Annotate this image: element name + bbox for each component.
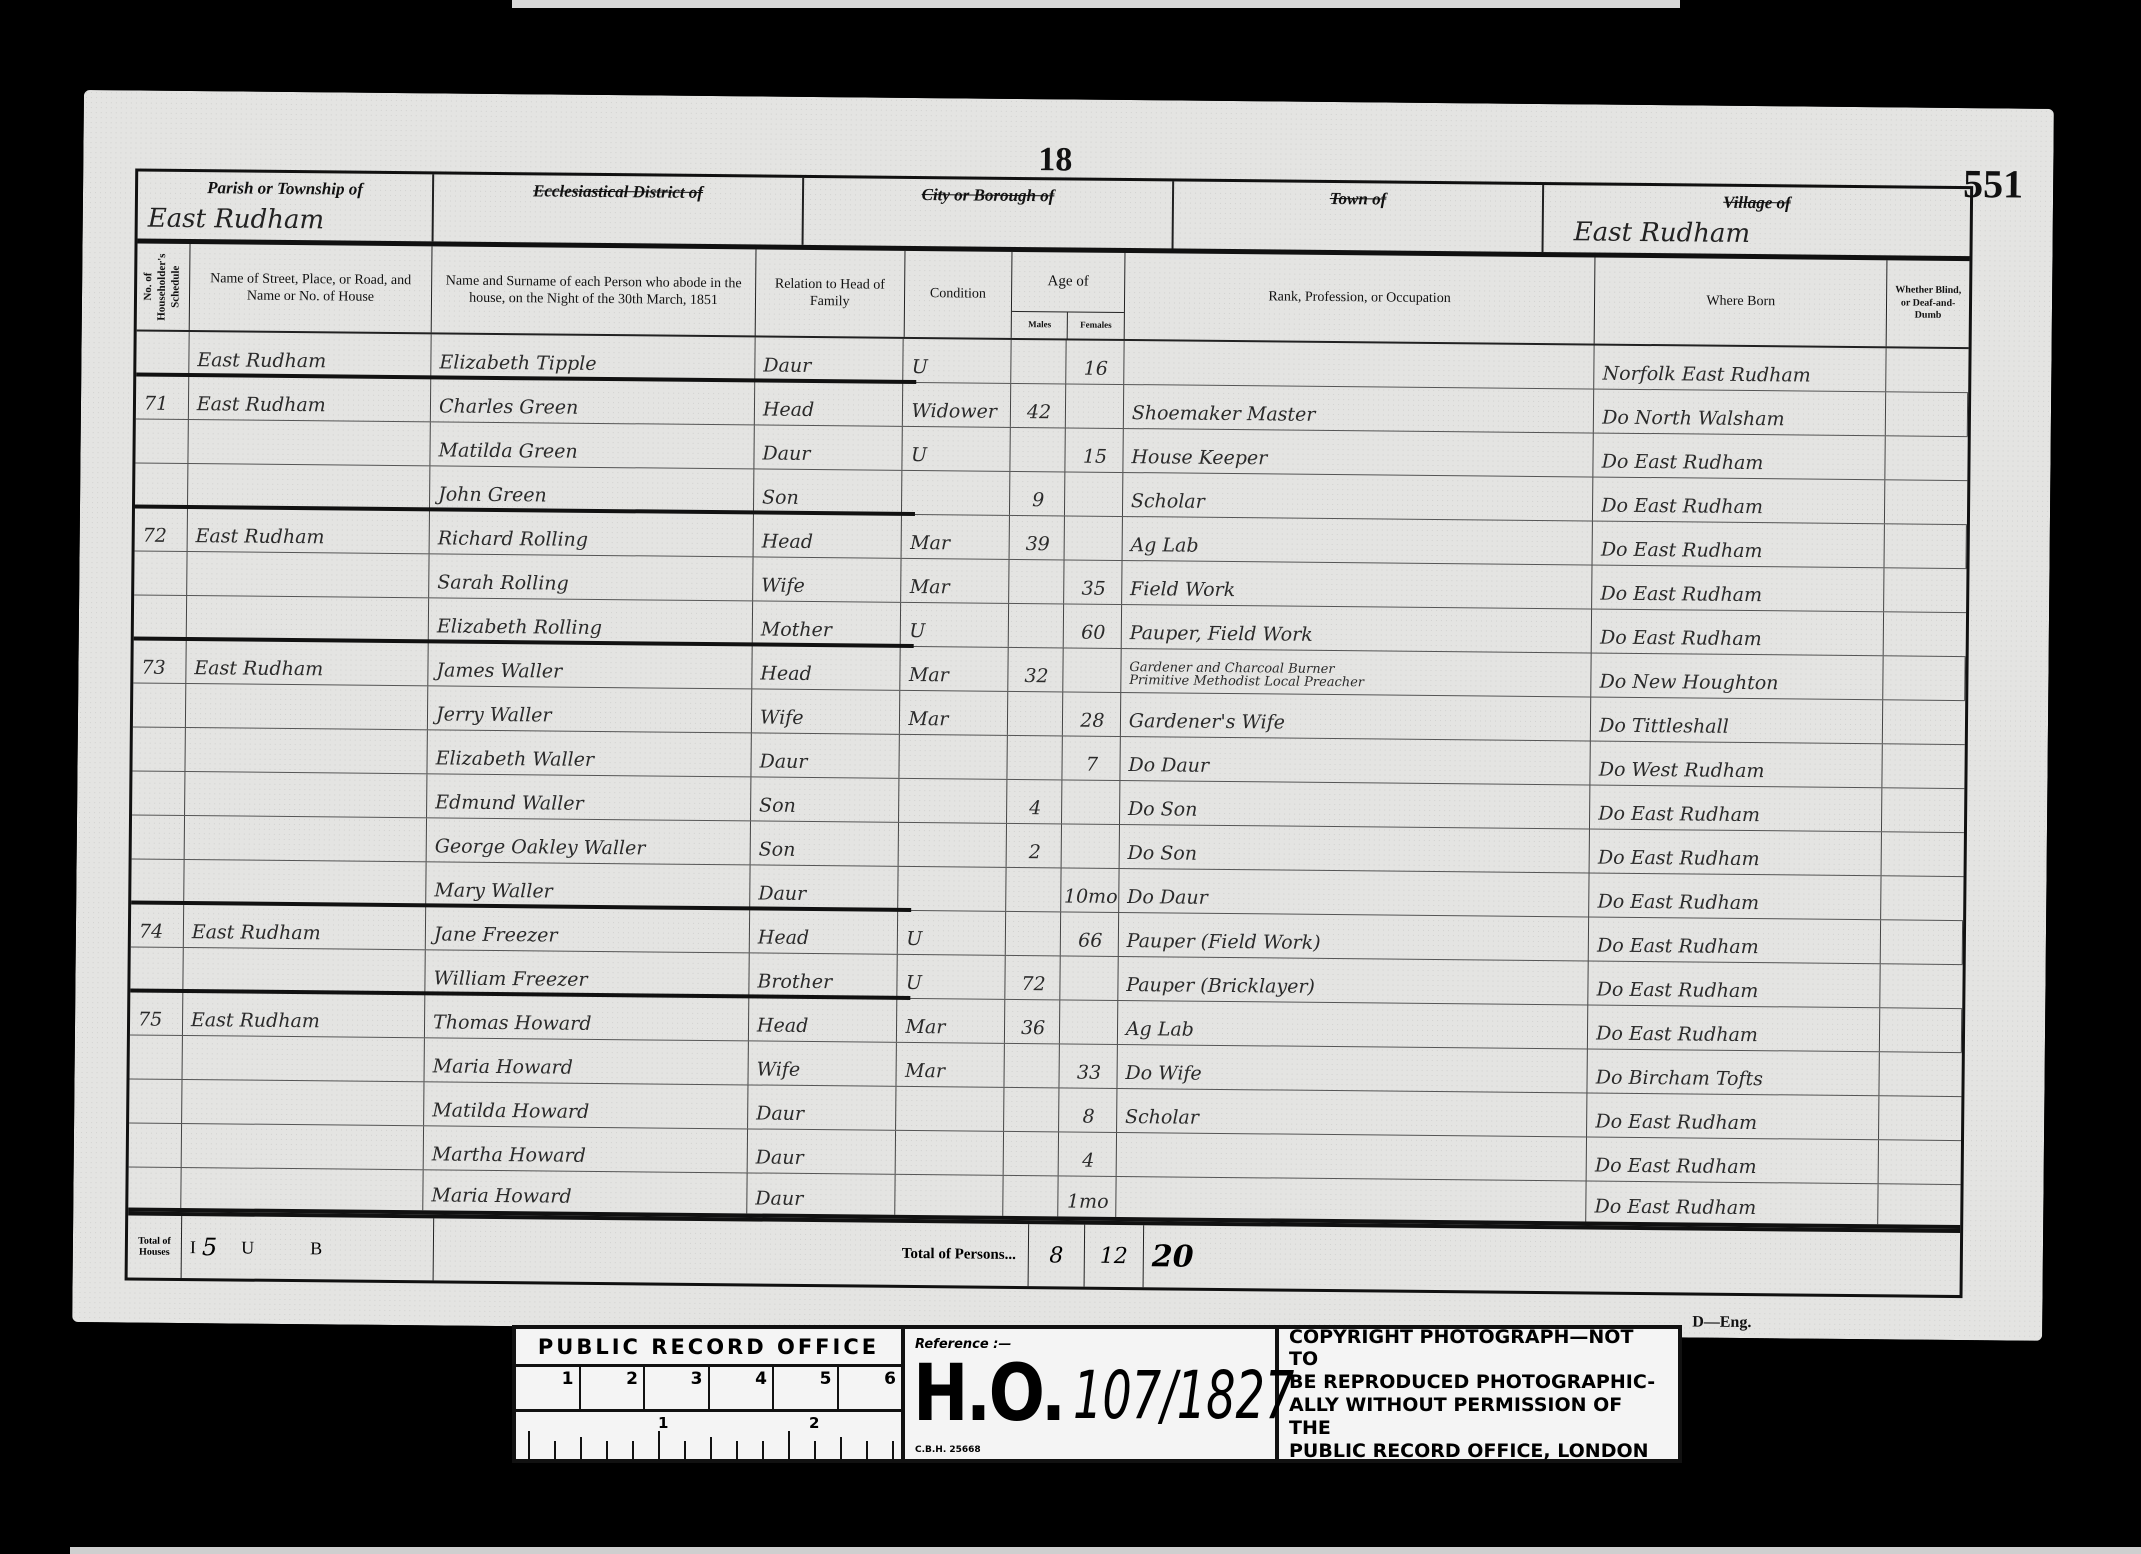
relation-to-head-cell: Daur [747, 1173, 896, 1214]
relation-to-head-cell: Head [750, 909, 899, 953]
schedule-number-cell [134, 596, 187, 640]
female-age-cell: 60 [1064, 604, 1122, 648]
male-age-cell [1004, 1132, 1059, 1176]
blind-deaf-cell [1879, 1140, 1961, 1184]
female-age-cell: 16 [1066, 340, 1124, 384]
header-street: Name of Street, Place, or Road, and Name… [190, 244, 433, 332]
where-born-cell: Do Tittleshall [1591, 697, 1883, 743]
male-age-cell [1004, 1088, 1059, 1132]
occupation-cell: Do Son [1120, 781, 1591, 829]
catalogue-code: C.B.H. 25668 [915, 1445, 981, 1455]
schedule-number-cell [134, 552, 187, 596]
where-born-cell: Do East Rudham [1588, 1005, 1880, 1051]
city-borough-cell: City or Borough of [804, 178, 1175, 249]
where-born-cell: Do East Rudham [1592, 610, 1884, 656]
occupation-cell: Pauper, Field Work [1122, 605, 1593, 653]
inhabited-count: 5 [202, 1233, 218, 1261]
occupation-cell: House Keeper [1123, 429, 1594, 477]
blind-deaf-cell [1885, 524, 1967, 568]
female-age-cell [1060, 1000, 1118, 1044]
ecclesiastical-district-cell: Ecclesiastical District of [434, 174, 805, 245]
copyright-line-2: BE REPRODUCED PHOTOGRAPHIC- [1289, 1371, 1668, 1394]
street-name-cell: East Rudham [184, 904, 427, 949]
header-where-born: Where Born [1595, 258, 1888, 347]
person-name-cell: Edmund Waller [427, 774, 751, 820]
total-females: 12 [1085, 1225, 1145, 1288]
schedule-number-cell [133, 684, 186, 728]
where-born-cell: Do North Walsham [1594, 390, 1886, 436]
street-name-cell [185, 772, 428, 817]
relation-to-head-cell: Son [751, 777, 900, 821]
person-name-cell: Maria Howard [425, 1038, 749, 1084]
ruler-tick [606, 1441, 608, 1459]
uninhabited-prefix: U [241, 1237, 254, 1258]
male-age-cell [1008, 736, 1063, 780]
occupation-cell: Ag Lab [1122, 517, 1593, 565]
street-name-cell: East Rudham [183, 992, 426, 1037]
male-age-cell: 9 [1010, 472, 1065, 516]
cm-6: 6 [839, 1367, 902, 1409]
schedule-number-cell [132, 771, 185, 815]
total-persons-label: Total of Persons... [434, 1218, 1030, 1286]
person-name-cell: Matilda Howard [424, 1082, 748, 1128]
header-occupation: Rank, Profession, or Occupation [1124, 253, 1595, 344]
male-age-cell: 2 [1007, 824, 1062, 868]
ruler-tick [788, 1431, 790, 1459]
marital-condition-cell: U [903, 427, 1011, 471]
male-age-cell [1011, 340, 1066, 384]
blind-deaf-cell [1878, 1184, 1960, 1225]
where-born-cell: Do East Rudham [1590, 785, 1882, 831]
ecclesiastical-district-label: Ecclesiastical District of [434, 180, 802, 204]
schedule-number-cell: 74 [131, 903, 184, 947]
occupation-cell: Shoemaker Master [1124, 385, 1595, 433]
blind-deaf-cell [1886, 436, 1968, 480]
marital-condition-cell: Mar [902, 559, 1010, 603]
where-born-cell: Do Bircham Tofts [1588, 1049, 1880, 1095]
occupation-cell [1116, 1177, 1587, 1222]
male-age-cell [1006, 912, 1061, 956]
male-age-cell: 4 [1007, 780, 1062, 824]
person-name-cell: Mary Waller [426, 862, 750, 908]
relation-to-head-cell: Mother [753, 601, 902, 645]
street-name-cell [182, 1080, 425, 1125]
schedule-number-cell [129, 1123, 182, 1167]
piece-number: 107/1827 [1073, 1357, 1294, 1434]
marital-condition-cell: U [898, 955, 1006, 999]
adjacent-page-edge-top [512, 0, 1680, 8]
person-name-cell: James Waller [428, 642, 752, 688]
cm-1: 1 [516, 1367, 581, 1409]
ruler-tick [736, 1441, 738, 1459]
where-born-cell: Do East Rudham [1593, 522, 1885, 568]
schedule-number-cell [135, 420, 188, 464]
header-relation: Relation to Head of Family [756, 249, 905, 336]
occupation-cell: Do Son [1119, 825, 1590, 873]
marital-condition-cell: Mar [897, 1043, 1005, 1087]
where-born-cell: Do East Rudham [1589, 961, 1881, 1007]
ruler-tick [632, 1441, 634, 1459]
where-born-cell: Do East Rudham [1587, 1137, 1879, 1183]
total-houses-label: Total of Houses [128, 1215, 183, 1278]
relation-to-head-cell: Wife [748, 1041, 897, 1085]
occupation-cell [1116, 1133, 1587, 1181]
male-age-cell: 39 [1010, 516, 1065, 560]
female-age-cell: 1mo [1058, 1176, 1116, 1217]
where-born-cell: Do New Houghton [1591, 654, 1883, 700]
cm-5: 5 [774, 1367, 839, 1409]
marital-condition-cell [896, 1131, 1004, 1175]
total-males: 8 [1029, 1224, 1086, 1287]
parish-value: East Rudham [148, 204, 325, 236]
parish-cell: Parish or Township of East Rudham [138, 172, 435, 242]
relation-to-head-cell: Head [752, 645, 901, 689]
pro-reference-panel: Reference :— H.O. 107/1827 C.B.H. 25668 [905, 1329, 1279, 1459]
town-label: Town of [1174, 187, 1542, 211]
street-name-cell [182, 1124, 425, 1169]
town-cell: Town of [1174, 181, 1545, 252]
female-age-cell [1065, 516, 1123, 560]
street-name-cell: East Rudham [187, 508, 430, 553]
header-age-of: Age of [1012, 252, 1124, 313]
blind-deaf-cell [1882, 832, 1964, 876]
marital-condition-cell [897, 1087, 1005, 1131]
marital-condition-cell [902, 471, 1010, 515]
relation-to-head-cell: Daur [754, 425, 903, 469]
census-page: 18 551 Parish or Township of East Rudham… [72, 90, 2054, 1341]
blind-deaf-cell [1884, 568, 1966, 612]
relation-to-head-cell: Head [749, 997, 898, 1041]
schedule-number-cell [131, 859, 184, 903]
person-name-cell: George Oakley Waller [427, 818, 751, 864]
female-age-cell: 8 [1059, 1088, 1117, 1132]
relation-to-head-cell: Son [754, 469, 903, 513]
blind-deaf-cell [1881, 964, 1963, 1008]
where-born-cell: Norfolk East Rudham [1594, 346, 1886, 392]
schedule-number-cell [128, 1167, 181, 1208]
person-name-cell: John Green [430, 466, 754, 512]
blind-deaf-cell [1882, 788, 1964, 832]
person-name-cell: Jane Freezer [426, 906, 750, 952]
occupation-cell: Field Work [1122, 561, 1593, 609]
blind-deaf-cell [1886, 348, 1968, 392]
relation-to-head-cell: Son [751, 821, 900, 865]
copyright-notice: COPYRIGHT PHOTOGRAPH—NOT TO BE REPRODUCE… [1279, 1329, 1678, 1459]
header-blind-deaf: Whether Blind, or Deaf-and-Dumb [1887, 260, 1970, 347]
village-label: Village of [1544, 191, 1970, 215]
blind-deaf-cell [1881, 920, 1963, 964]
marital-condition-cell: U [904, 339, 1012, 383]
ruler-tick [658, 1431, 660, 1459]
male-age-cell: 32 [1008, 648, 1063, 692]
blind-deaf-cell [1880, 1052, 1962, 1096]
header-name: Name and Surname of each Person who abod… [432, 246, 757, 335]
ruler-tick [684, 1441, 686, 1459]
blind-deaf-cell [1883, 744, 1965, 788]
cm-4: 4 [710, 1367, 775, 1409]
street-name-cell [188, 420, 431, 465]
grand-total: 20 [1144, 1225, 1961, 1295]
relation-to-head-cell: Daur [748, 1129, 897, 1173]
female-age-cell: 15 [1065, 428, 1123, 472]
marital-condition-cell: Mar [900, 691, 1008, 735]
person-name-cell: Elizabeth Waller [428, 730, 752, 776]
male-age-cell [1005, 1044, 1060, 1088]
person-name-cell: Sarah Rolling [429, 554, 753, 600]
where-born-cell: Do West Rudham [1591, 741, 1883, 787]
male-age-cell: 42 [1011, 384, 1066, 428]
header-schedule-text: No. of Householder's Schedule [142, 246, 184, 328]
header-condition: Condition [904, 251, 1012, 338]
male-age-cell [1009, 560, 1064, 604]
inch-1: 1 [658, 1414, 668, 1432]
where-born-cell: Do East Rudham [1589, 873, 1881, 919]
female-age-cell: 7 [1062, 736, 1120, 780]
marital-condition-cell: Widower [903, 383, 1011, 427]
copyright-line-3: ALLY WITHOUT PERMISSION OF THE [1289, 1394, 1668, 1440]
city-borough-label: City or Borough of [804, 184, 1172, 208]
occupation-cell: Pauper (Field Work) [1119, 913, 1590, 961]
marital-condition-cell [896, 1175, 1004, 1216]
ruler-tick [710, 1437, 712, 1459]
adjacent-page-edge-bottom [70, 1547, 2141, 1554]
schedule-number-cell [129, 1079, 182, 1123]
header-age: Age of Males Females [1012, 252, 1125, 339]
street-name-cell [184, 860, 427, 905]
male-age-cell [1003, 1176, 1058, 1217]
marital-condition-cell: U [898, 911, 1006, 955]
person-name-cell: Richard Rolling [430, 510, 754, 556]
ruler-tick [554, 1441, 556, 1459]
street-name-cell [188, 464, 431, 509]
street-name-cell [185, 728, 428, 773]
occupation-cell: Do Daur [1120, 737, 1591, 785]
schedule-number-cell [135, 464, 188, 508]
relation-to-head-cell: Wife [752, 689, 901, 733]
ruler-tick [814, 1441, 816, 1459]
street-name-cell [187, 552, 430, 597]
marital-condition-cell: U [901, 603, 1009, 647]
village-cell: Village of East Rudham [1544, 185, 1971, 256]
occupation-cell [1124, 341, 1595, 389]
occupation-cell: Scholar [1123, 473, 1594, 521]
building-prefix: B [310, 1238, 322, 1259]
female-age-cell [1060, 956, 1118, 1000]
inch-2: 2 [809, 1414, 819, 1432]
relation-to-head-cell: Head [753, 513, 902, 557]
cm-2: 2 [581, 1367, 646, 1409]
copyright-line-4: PUBLIC RECORD OFFICE, LONDON [1289, 1440, 1668, 1463]
female-age-cell [1066, 384, 1124, 428]
female-age-cell: 4 [1059, 1132, 1117, 1176]
person-name-cell: Martha Howard [424, 1126, 748, 1172]
female-age-cell [1062, 780, 1120, 824]
female-age-cell [1062, 824, 1120, 868]
street-name-cell: East Rudham [189, 332, 432, 377]
ruler-tick [892, 1441, 894, 1459]
schedule-number-cell: 75 [130, 991, 183, 1035]
blind-deaf-cell [1883, 700, 1965, 744]
female-age-cell [1063, 648, 1121, 692]
blind-deaf-cell [1885, 480, 1967, 524]
street-name-cell [181, 1168, 424, 1210]
marital-condition-cell [899, 823, 1007, 867]
where-born-cell: Do East Rudham [1590, 829, 1882, 875]
where-born-cell: Do East Rudham [1586, 1181, 1878, 1224]
street-name-cell [184, 816, 427, 861]
pro-title: PUBLIC RECORD OFFICE [516, 1329, 901, 1367]
cm-3: 3 [645, 1367, 710, 1409]
occupation-cell: Do Daur [1119, 869, 1590, 917]
male-age-cell: 72 [1005, 956, 1060, 1000]
street-name-cell [187, 596, 430, 641]
relation-to-head-cell: Wife [753, 557, 902, 601]
female-age-cell: 66 [1061, 912, 1119, 956]
where-born-cell: Do East Rudham [1592, 566, 1884, 612]
ruler-tick [866, 1441, 868, 1459]
ruler-tick [528, 1431, 530, 1459]
person-name-cell: Thomas Howard [425, 994, 749, 1040]
series-code: H.O. [913, 1349, 1064, 1439]
marital-condition-cell: Mar [902, 515, 1010, 559]
blind-deaf-cell [1883, 656, 1965, 700]
where-born-cell: Do East Rudham [1587, 1093, 1879, 1139]
census-rows: East RudhamElizabeth TippleDaurU16Norfol… [128, 332, 1968, 1230]
header-males: Males [1012, 312, 1069, 339]
copyright-line-1: COPYRIGHT PHOTOGRAPH—NOT TO [1289, 1326, 1668, 1372]
blind-deaf-cell [1884, 612, 1966, 656]
occupation-cell: Do Wife [1117, 1045, 1588, 1093]
street-name-cell [186, 684, 429, 729]
person-name-cell: Elizabeth Rolling [429, 598, 753, 644]
inhabited-prefix: I [190, 1237, 196, 1258]
person-name-cell: Matilda Green [430, 422, 754, 468]
male-age-cell [1008, 692, 1063, 736]
relation-to-head-cell: Brother [749, 953, 898, 997]
marital-condition-cell [899, 779, 1007, 823]
form-code: D—Eng. [1692, 1313, 1751, 1332]
schedule-number-cell [130, 1035, 183, 1079]
schedule-number-cell [132, 815, 185, 859]
occupation-cell: Gardener's Wife [1121, 693, 1592, 741]
person-name-cell: Jerry Waller [428, 686, 752, 732]
female-age-cell: 35 [1064, 560, 1122, 604]
blind-deaf-cell [1880, 1008, 1962, 1052]
male-age-cell: 36 [1005, 1000, 1060, 1044]
pro-scale-panel: PUBLIC RECORD OFFICE 1 2 3 4 5 6 1 2 [516, 1329, 905, 1459]
relation-to-head-cell: Daur [750, 865, 899, 909]
ruler-tick [840, 1437, 842, 1459]
census-table: Parish or Township of East Rudham Eccles… [125, 168, 1974, 1298]
parish-label: Parish or Township of [138, 178, 432, 201]
schedule-number-cell: 73 [133, 640, 186, 684]
occupation-cell: Pauper (Bricklayer) [1118, 957, 1589, 1005]
marital-condition-cell [899, 867, 1007, 911]
female-age-cell [1065, 472, 1123, 516]
female-age-cell: 10mo [1061, 868, 1119, 912]
person-name-cell: Elizabeth Tipple [431, 334, 755, 380]
person-name-cell: Maria Howard [423, 1170, 747, 1213]
street-name-cell: East Rudham [186, 640, 429, 685]
relation-to-head-cell: Daur [755, 337, 904, 381]
marital-condition-cell: Mar [897, 999, 1005, 1043]
public-record-office-label: PUBLIC RECORD OFFICE 1 2 3 4 5 6 1 2 Ref… [512, 1325, 1682, 1463]
schedule-number-cell [132, 727, 185, 771]
header-females: Females [1068, 312, 1124, 339]
where-born-cell: Do East Rudham [1594, 434, 1886, 480]
cm-scale: 1 2 3 4 5 6 [516, 1367, 901, 1412]
ruler-tick [762, 1441, 764, 1459]
blind-deaf-cell [1881, 876, 1963, 920]
female-age-cell: 28 [1063, 692, 1121, 736]
where-born-cell: Do East Rudham [1589, 917, 1881, 963]
ruler-tick [580, 1437, 582, 1459]
person-name-cell: Charles Green [431, 378, 755, 424]
village-value: East Rudham [1574, 217, 1751, 249]
occupation-cell: Scholar [1117, 1089, 1588, 1137]
relation-to-head-cell: Head [755, 381, 904, 425]
relation-to-head-cell: Daur [751, 733, 900, 777]
female-age-cell: 33 [1059, 1044, 1117, 1088]
occupation-line: Primitive Methodist Local Preacher [1129, 674, 1364, 690]
male-age-cell [1011, 428, 1066, 472]
marital-condition-cell [900, 735, 1008, 779]
street-name-cell: East Rudham [189, 376, 432, 421]
street-name-cell [183, 948, 426, 993]
male-age-cell [1006, 868, 1061, 912]
inch-ruler: 1 2 [516, 1412, 901, 1459]
street-name-cell [182, 1036, 425, 1081]
person-name-cell: William Freezer [425, 950, 749, 996]
header-schedule: No. of Householder's Schedule [137, 244, 191, 331]
folio-number: 18 [1038, 141, 1072, 179]
male-age-cell [1009, 604, 1064, 648]
occupation-cell: Gardener and Charcoal BurnerPrimitive Me… [1121, 649, 1592, 697]
blind-deaf-cell [1886, 392, 1968, 436]
occupation-cell: Ag Lab [1118, 1001, 1589, 1049]
schedule-number-cell: 71 [136, 376, 189, 420]
marital-condition-cell: Mar [901, 647, 1009, 691]
schedule-number-cell [130, 947, 183, 991]
schedule-number-cell [136, 332, 189, 376]
house-counts: I 5 U B [182, 1216, 435, 1280]
relation-to-head-cell: Daur [748, 1085, 897, 1129]
schedule-number-cell: 72 [135, 508, 188, 552]
blind-deaf-cell [1879, 1096, 1961, 1140]
where-born-cell: Do East Rudham [1593, 478, 1885, 524]
